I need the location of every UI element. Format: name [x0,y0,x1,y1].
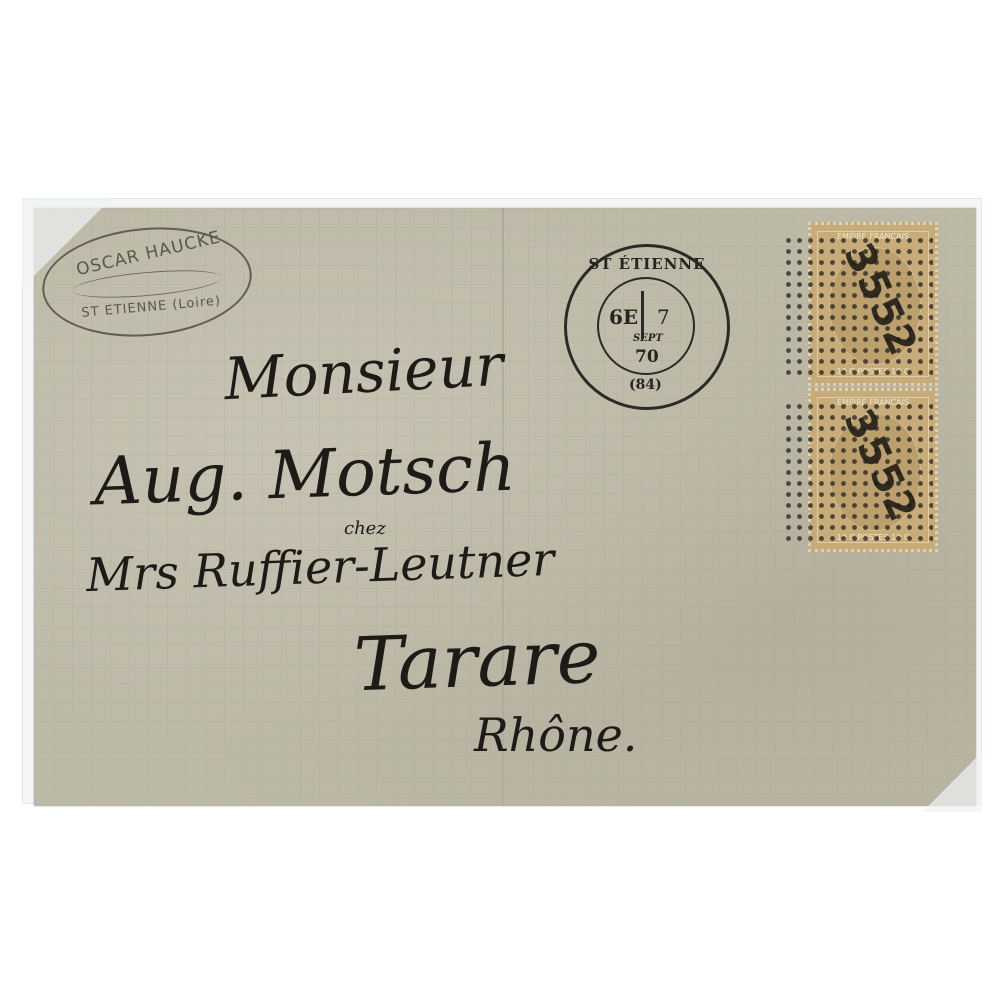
postmark-hour: 6E [609,305,638,329]
postmark-divider [641,291,644,339]
address-city: Tarare [353,614,602,709]
address-company: Mrs Ruffier-Leutner [85,532,555,602]
address-care-of: chez [344,518,386,539]
postal-cover: OSCAR HAUCKE ST ETIENNE (Loire) ST ÉTIEN… [34,208,976,806]
circular-date-postmark: ST ÉTIENNE 6E 7 SEPT 70 (84) [564,244,730,410]
address-name: Aug. Motsch [93,429,517,521]
postmark-town: ST ÉTIENNE [567,255,727,273]
sleeve-corner-bottom-right [922,752,982,812]
postmark-day: 7 [657,305,670,329]
address-salutation: Monsieur [222,331,505,414]
postmark-department: (84) [629,377,662,393]
postage-stamp-bottom: EMPIRE FRANCAIS 10 C POSTES 10 C 3552 [808,388,938,552]
postage-stamp-top: EMPIRE FRANCAIS 10 C POSTES 10 C 3552 [808,222,938,386]
postmark-month: SEPT [633,333,663,344]
postmark-year: 70 [635,347,659,367]
address-region: Rhône. [474,708,637,762]
